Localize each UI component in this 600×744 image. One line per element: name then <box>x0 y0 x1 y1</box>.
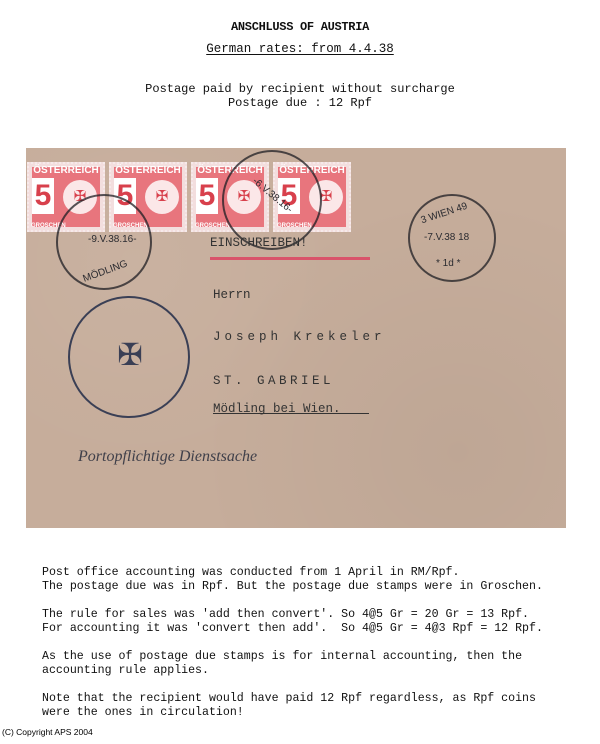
red-underline <box>210 257 370 260</box>
page-subtitle: German rates: from 4.4.38 <box>0 42 600 56</box>
recipient-name: Joseph Krekeler <box>213 330 386 344</box>
subtitle-text: German rates: from 4.4.38 <box>206 42 394 56</box>
recipient-town: ST. GABRIEL <box>213 374 334 388</box>
registered-label: EINSCHREIBEN! <box>210 236 308 250</box>
handstamp-annotation: Portopflichtige Dienstsache <box>78 448 257 466</box>
postage-due-note: Postage due : 12 Rpf <box>0 96 600 110</box>
envelope-image: ÖSTERREICH5✠GROSCHEN ÖSTERREICH5✠GROSCHE… <box>26 148 566 528</box>
recipient-district: Mödling bei Wien. <box>213 402 341 416</box>
official-seal: ✠ <box>68 296 190 418</box>
note-paragraph-1: Post office accounting was conducted fro… <box>42 566 543 594</box>
salutation: Herrn <box>213 288 251 302</box>
eagle-icon: ✠ <box>145 180 179 214</box>
postage-note: Postage paid by recipient without surcha… <box>0 82 600 96</box>
note-paragraph-2: The rule for sales was 'add then convert… <box>42 608 543 636</box>
page-title: ANSCHLUSS OF AUSTRIA <box>0 20 600 34</box>
postmark-date: -9.V.38.16- <box>88 234 137 245</box>
note-paragraph-3: As the use of postage due stamps is for … <box>42 650 522 678</box>
postmark-code: * 1d * <box>436 258 460 269</box>
postmark-date: -7.V.38 18 <box>424 232 469 243</box>
note-paragraph-4: Note that the recipient would have paid … <box>42 692 536 720</box>
copyright: (C) Copyright APS 2004 <box>2 727 93 737</box>
eagle-icon: ✠ <box>100 326 160 386</box>
